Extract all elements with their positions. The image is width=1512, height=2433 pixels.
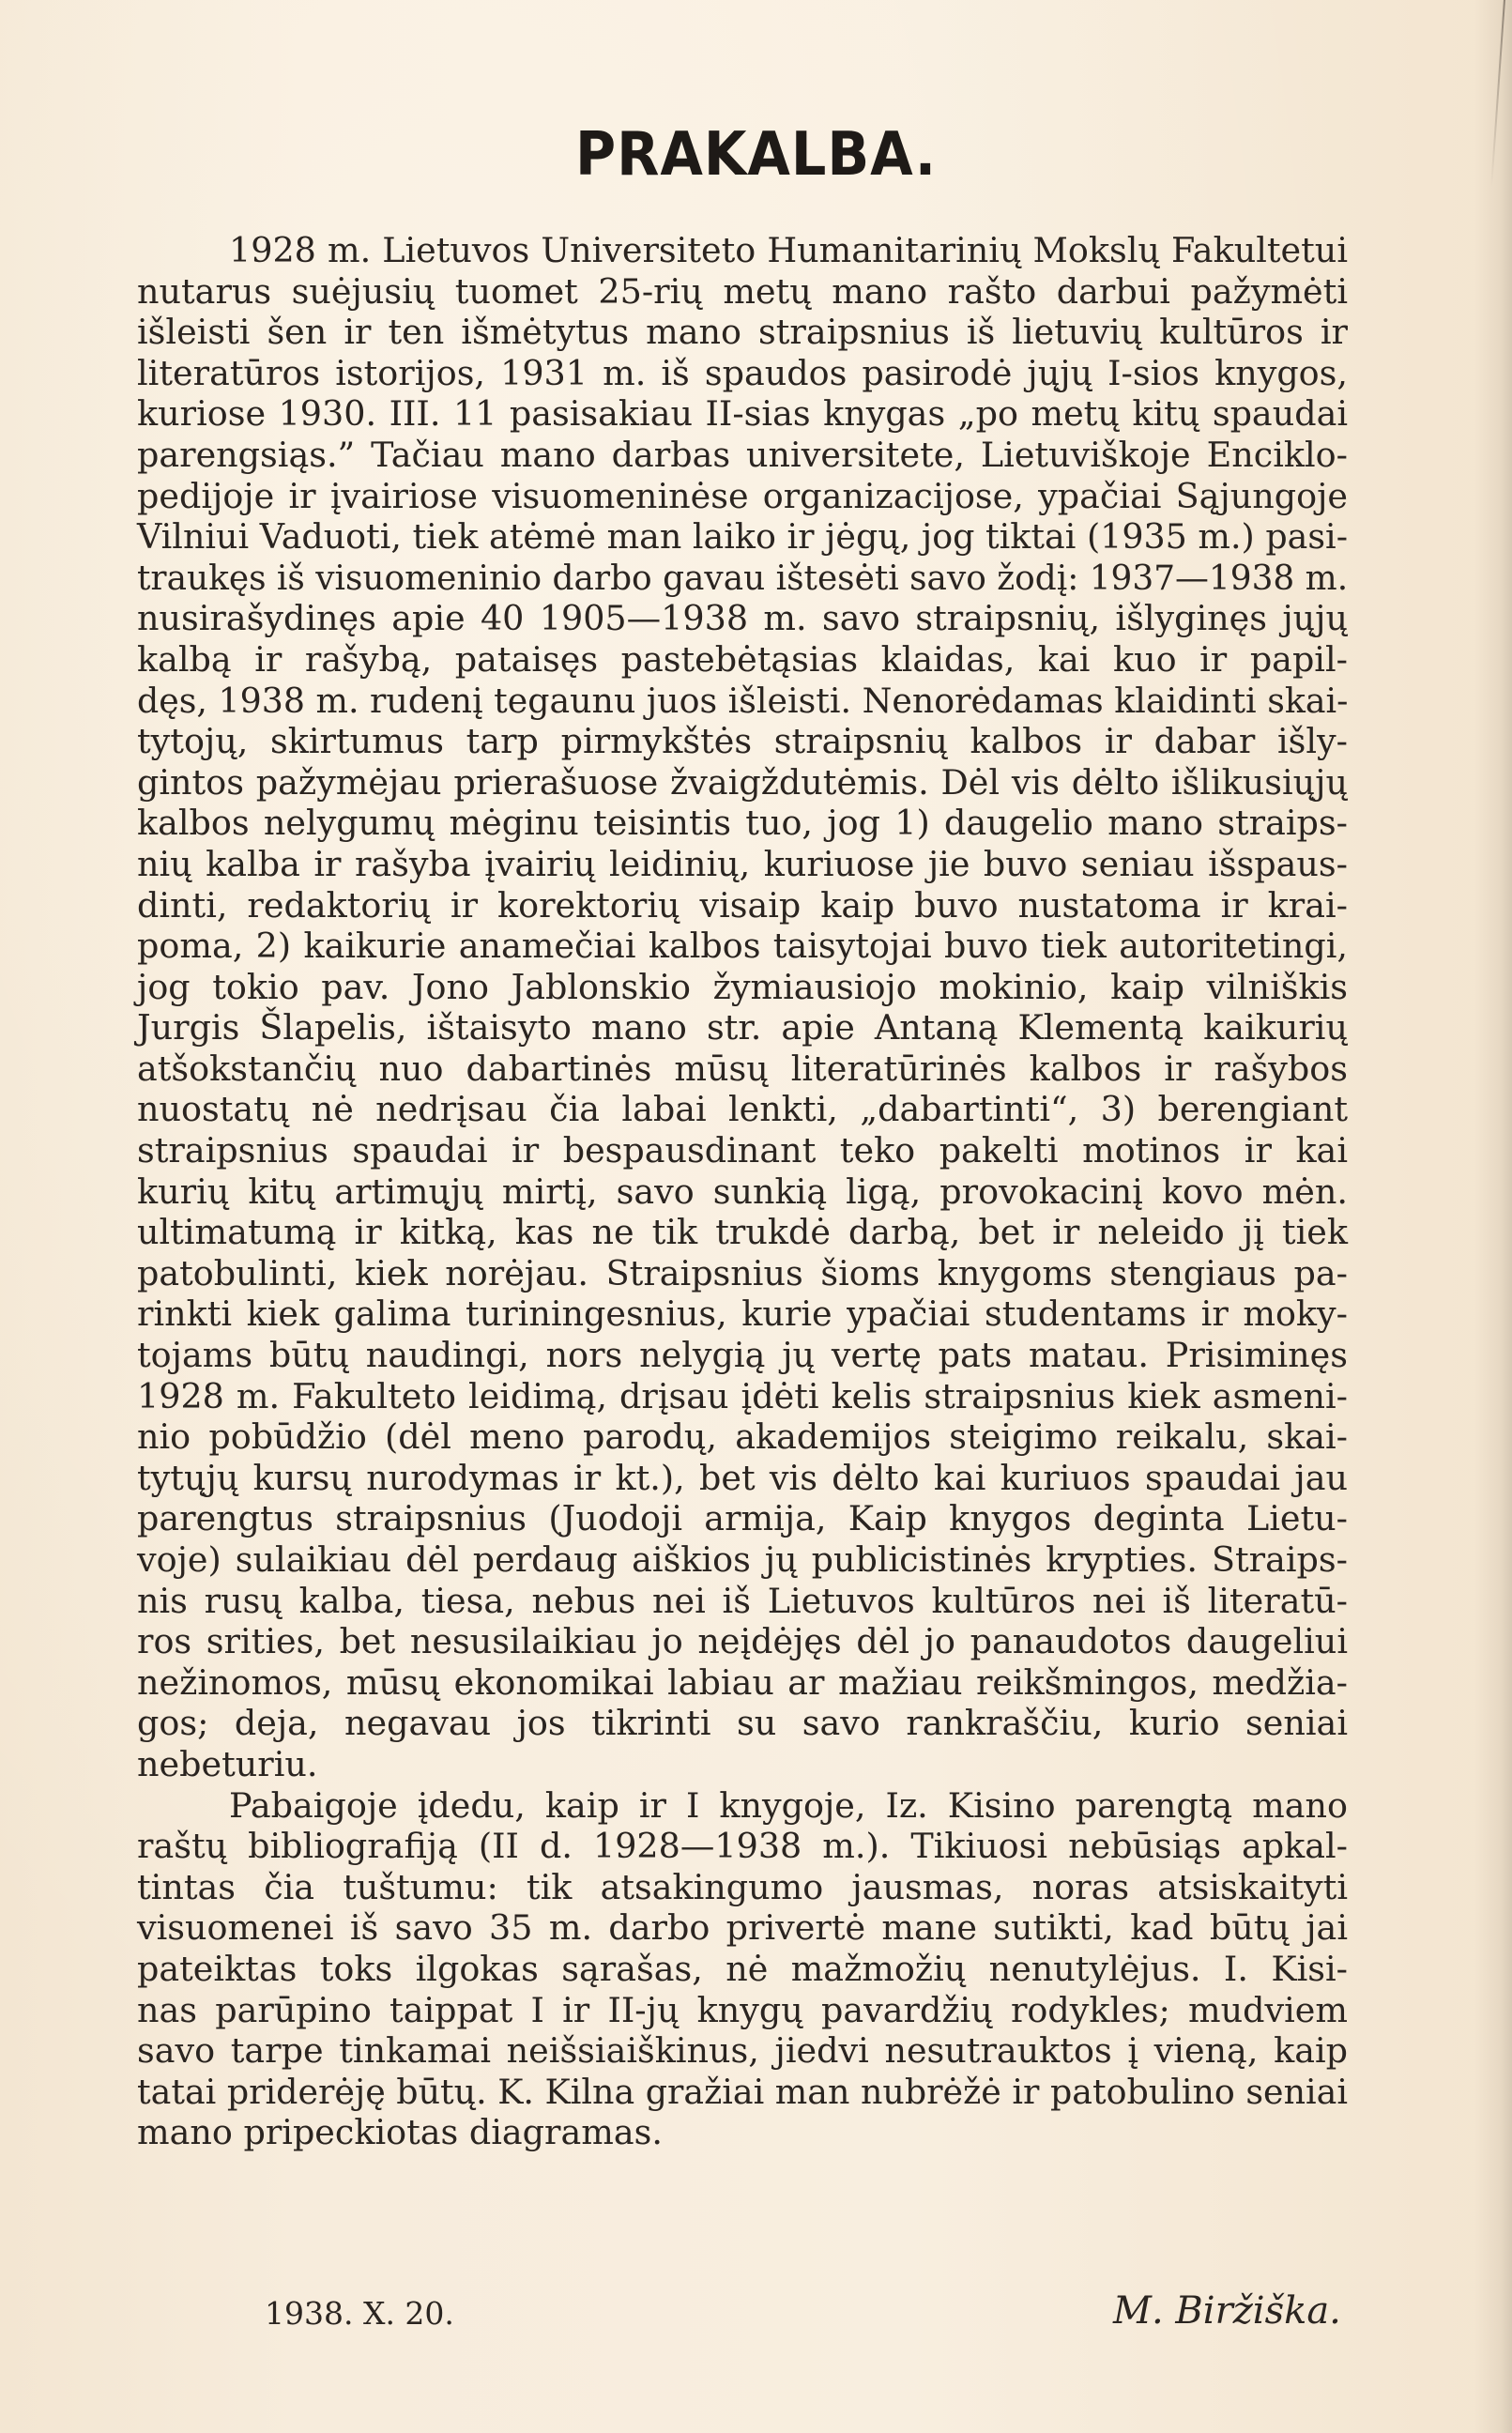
paragraph-first-line: 1928 m. Lietuvos Universiteto Humanitari… — [137, 230, 1348, 271]
paragraph-line: ultimatumą ir kitką, kas ne tik trukdė d… — [137, 1212, 1348, 1253]
paragraph-line: mano pripeckiotas diagramas. — [137, 2112, 1348, 2153]
paragraph-line: raštų bibliografiją (II d. 1928—1938 m.)… — [137, 1826, 1348, 1867]
date-line: 1938. X. 20. — [265, 2295, 454, 2332]
paragraph-line: visuomenei iš savo 35 m. darbo privertė … — [137, 1907, 1348, 1949]
paragraph-line: dęs, 1938 m. rudenį tegaunu juos išleist… — [137, 681, 1348, 722]
paragraph-line: pedijoje ir įvairiose visuomeninėse orga… — [137, 476, 1348, 517]
paragraph-line: pateiktas toks ilgokas sąrašas, nė mažmo… — [137, 1949, 1348, 1990]
paragraph-line: išleisti šen ir ten išmėtytus mano strai… — [137, 312, 1348, 353]
paragraph-line: nebeturiu. — [137, 1744, 1348, 1785]
paragraph-line: parengtus straipsnius (Juodoji armija, K… — [137, 1498, 1348, 1539]
document-footer: 1938. X. 20. M. Biržiška. — [0, 2295, 1512, 2351]
paragraph-line: nuostatų nė nedrįsau čia labai lenkti, „… — [137, 1089, 1348, 1130]
paragraph-line: kuriose 1930. III. 11 pasisakiau II-sias… — [137, 393, 1348, 435]
paragraph-line: poma, 2) kaikurie anamečiai kalbos taisy… — [137, 926, 1348, 967]
paragraph-line: nutarus suėjusių tuomet 25-rių metų mano… — [137, 271, 1348, 313]
paragraph-line: patobulinti, kiek norėjau. Straipsnius š… — [137, 1253, 1348, 1294]
paragraph-first-line: Pabaigoje įdedu, kaip ir I knygoje, Iz. … — [137, 1785, 1348, 1827]
paragraph-line: jog tokio pav. Jono Jablonskio žymiausio… — [137, 967, 1348, 1008]
paragraph-line: 1928 m. Fakulteto leidimą, drįsau įdėti … — [137, 1376, 1348, 1417]
paragraph-line: kalbą ir rašybą, pataisęs pastebėtąsias … — [137, 639, 1348, 681]
paragraph-line: gintos pažymėjau prierašuose žvaigždutėm… — [137, 762, 1348, 803]
paragraph-line: tytųjų kursų nurodymas ir kt.), bet vis … — [137, 1458, 1348, 1499]
paragraph-line: straipsnius spaudai ir bespausdinant tek… — [137, 1130, 1348, 1171]
paragraph-line: nis rusų kalba, tiesa, nebus nei iš Liet… — [137, 1581, 1348, 1622]
page-edge-shadow — [1474, 0, 1512, 2433]
paragraph-line: nas parūpino taippat I ir II-jų knygų pa… — [137, 1990, 1348, 2031]
paragraph-line: tatai priderėję būtų. K. Kilna gražiai m… — [137, 2072, 1348, 2113]
paragraph-line: tytojų, skirtumus tarp pirmykštės straip… — [137, 721, 1348, 762]
paragraph-line: gos; deja, negavau jos tikrinti su savo … — [137, 1703, 1348, 1744]
author-signature: M. Biržiška. — [1113, 2289, 1341, 2333]
paragraph-line: Jurgis Šlapelis, ištaisyto mano str. api… — [137, 1007, 1348, 1048]
paragraph-line: nežinomos, mūsų ekonomikai labiau ar maž… — [137, 1662, 1348, 1704]
paragraph-line: kalbos nelygumų mėginu teisintis tuo, jo… — [137, 803, 1348, 844]
paragraph-line: ros srities, bet nesusilaikiau jo neįdėj… — [137, 1621, 1348, 1662]
paragraph-line: rinkti kiek galima turiningesnius, kurie… — [137, 1293, 1348, 1335]
paragraph-line: kurių kitų artimųjų mirtį, savo sunkią l… — [137, 1171, 1348, 1213]
paragraph-line: voje) sulaikiau dėl perdaug aiškios jų p… — [137, 1539, 1348, 1581]
page-title: PRAKALBA. — [60, 120, 1451, 190]
paragraph-line: dinti, redaktorių ir korektorių visaip k… — [137, 885, 1348, 926]
paragraph-line: tintas čia tuštumu: tik atsakingumo jaus… — [137, 1867, 1348, 1908]
paragraph-line: Vilniui Vaduoti, tiek atėmė man laiko ir… — [137, 516, 1348, 558]
scanned-page: PRAKALBA. 1928 m. Lietuvos Universiteto … — [0, 0, 1512, 2433]
paragraph-line: traukęs iš visuomeninio darbo gavau ište… — [137, 558, 1348, 599]
paragraph-line: nių kalba ir rašyba įvairių leidinių, ku… — [137, 844, 1348, 885]
paragraph-line: nusirašydinęs apie 40 1905—1938 m. savo … — [137, 598, 1348, 639]
paragraph-line: literatūros istorijos, 1931 m. iš spaudo… — [137, 353, 1348, 394]
document-body: 1928 m. Lietuvos Universiteto Humanitari… — [137, 230, 1348, 2153]
paragraph-line: atšokstančių nuo dabartinės mūsų literat… — [137, 1048, 1348, 1090]
paragraph-line: tojams būtų naudingi, nors nelygią jų ve… — [137, 1335, 1348, 1376]
paragraph-line: parengsiąs.” Tačiau mano darbas universi… — [137, 435, 1348, 476]
paragraph-line: savo tarpe tinkamai neišsiaiškinus, jied… — [137, 2030, 1348, 2072]
paragraph-line: nio pobūdžio (dėl meno parodų, akademijo… — [137, 1416, 1348, 1458]
